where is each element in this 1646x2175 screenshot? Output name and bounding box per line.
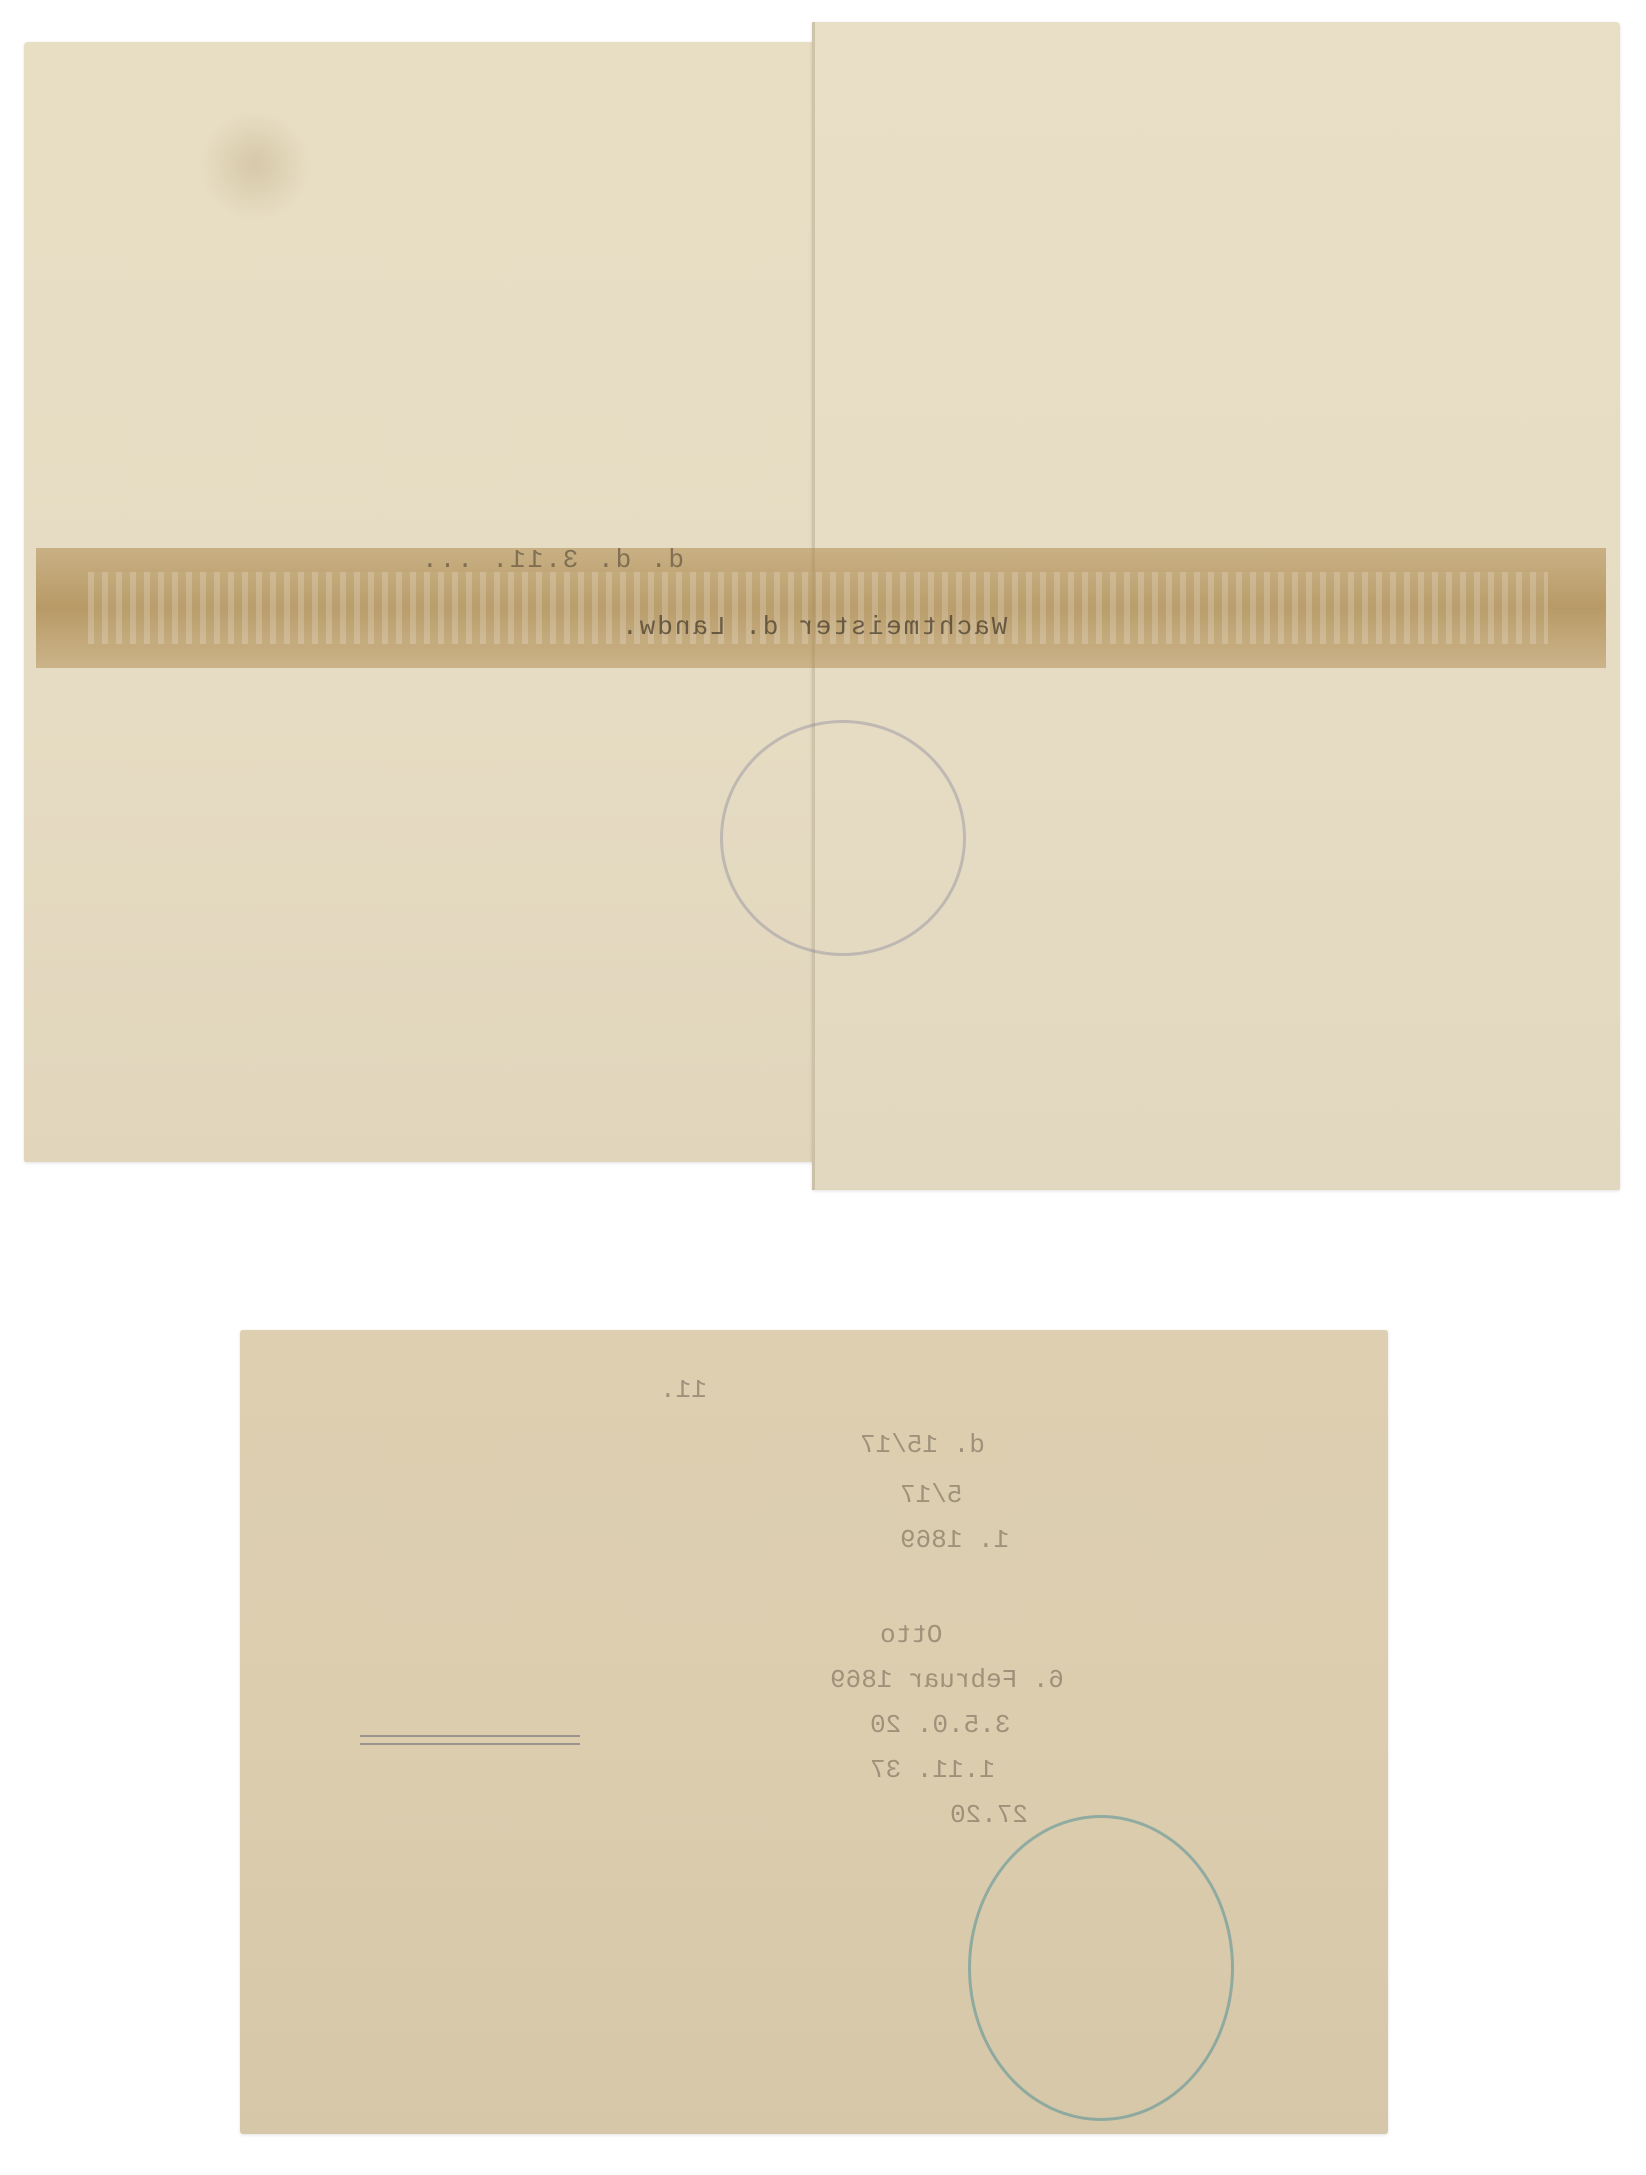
card-text-8: 1.11. 37 (870, 1755, 995, 1785)
card-text-7: 3.5.0. 20 (870, 1710, 1010, 1740)
card-text-3: 5/17 (900, 1480, 962, 1510)
card-text-4: 1. 1869 (900, 1525, 1009, 1555)
ink-stamp-card (968, 1815, 1234, 2121)
show-through-text-line-2: Wachtmeister d. Landw. (620, 612, 1007, 642)
card-text-9: 27.20 (950, 1800, 1028, 1830)
card-text-6: 6. Februar 1869 (830, 1665, 1064, 1695)
paper-stain (200, 110, 310, 220)
show-through-text-line-1: d. d. 3.11. ... (420, 545, 684, 575)
ink-stamp-top (720, 720, 966, 956)
card-text-2: d. 15/17 (860, 1430, 985, 1460)
card-text-5: Otto (880, 1620, 942, 1650)
card-text-1: 11. (660, 1375, 707, 1405)
double-underline (360, 1735, 580, 1745)
